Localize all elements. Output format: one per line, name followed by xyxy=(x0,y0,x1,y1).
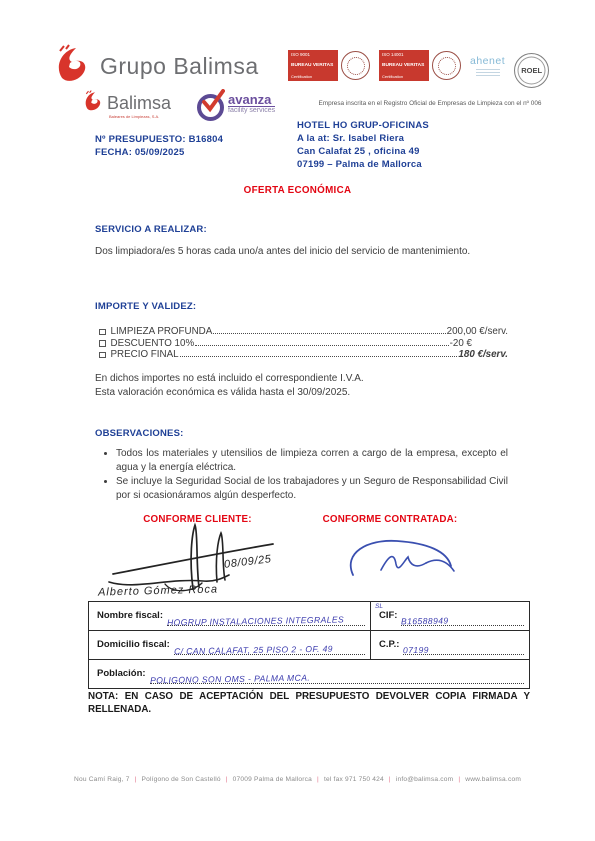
recipient-street: Can Calafat 25 , oficina 49 xyxy=(297,145,429,158)
poblacion-handwritten: POLIGONO SON OMS - PALMA MCA. xyxy=(149,673,309,686)
price-label: DESCUENTO 10% xyxy=(111,338,195,350)
contractor-signature xyxy=(335,535,465,590)
price-label: LIMPIEZA PROFUNDA xyxy=(111,326,213,338)
client-signature-date: 08/09/25 xyxy=(223,553,272,571)
avanza-tagline: facility services xyxy=(228,107,275,114)
footer-separator: | xyxy=(130,776,142,783)
nombre-fiscal-handwritten: HOGRUP INSTALACIONES INTEGRALES xyxy=(167,614,344,627)
balimsa-swoosh-icon xyxy=(56,44,92,89)
dotted-leader xyxy=(213,333,445,334)
grupo-balimsa-logo: Grupo Balimsa xyxy=(56,44,259,89)
recipient-company: HOTEL HO GRUP-OFICINAS xyxy=(297,119,429,132)
validity-note: Esta valoración económica es válida hast… xyxy=(95,386,507,400)
iso-9001-label: ISO 9001 xyxy=(291,52,335,57)
poblacion-cell: Población: POLIGONO SON OMS - PALMA MCA. xyxy=(89,660,529,688)
avanza-check-icon xyxy=(197,91,223,117)
footer-email: info@balimsa.com xyxy=(396,776,454,783)
ahenet-logo: ahenet xyxy=(470,55,505,76)
bureau-veritas-seal-icon xyxy=(341,51,370,80)
poblacion-label: Población: xyxy=(97,668,146,679)
balimsa-logo: Balimsa Baleares de Limpiezas, S.A. xyxy=(84,90,171,117)
observacion-item: Todos los materiales y utensilios de lim… xyxy=(116,447,508,474)
square-bullet-icon xyxy=(99,352,106,359)
footer-website: www.balimsa.com xyxy=(465,776,521,783)
bureau-veritas-label: BUREAU VERITAS xyxy=(291,63,335,68)
avanza-logo: avanza facility services xyxy=(197,91,275,117)
servicio-heading: SERVICIO A REALIZAR: xyxy=(95,224,207,235)
bureau-veritas-seal-icon xyxy=(432,51,461,80)
nombre-fiscal-cell: Nombre fiscal: HOGRUP INSTALACIONES INTE… xyxy=(89,602,371,630)
cp-label: C.P.: xyxy=(379,639,399,650)
table-row: Población: POLIGONO SON OMS - PALMA MCA. xyxy=(89,660,529,688)
quote-document-page: Grupo Balimsa Balimsa Baleares de Limpie… xyxy=(0,0,595,841)
nombre-fiscal-label: Nombre fiscal: xyxy=(97,610,163,621)
conforme-cliente-heading: CONFORME CLIENTE: xyxy=(115,514,280,525)
avanza-wordmark: avanza xyxy=(228,93,275,107)
certification-badges: ISO 9001 BUREAU VERITAS Certification IS… xyxy=(288,50,549,88)
importe-heading: IMPORTE Y VALIDEZ: xyxy=(95,301,196,312)
balimsa-tagline: Baleares de Limpiezas, S.A. xyxy=(109,114,159,119)
footer-city: 07009 Palma de Mallorca xyxy=(233,776,312,783)
footer-contact-line: Nou Camí Raig, 7|Polígono de Son Castell… xyxy=(0,776,595,783)
document-title: OFERTA ECONÓMICA xyxy=(0,185,595,196)
iso-14001-badge: ISO 14001 BUREAU VERITAS Certification xyxy=(379,50,461,81)
cif-label: CIF: xyxy=(379,610,397,621)
dotted-leader xyxy=(195,345,448,346)
square-bullet-icon xyxy=(99,329,106,336)
cif-handwritten: B16588949 xyxy=(401,616,449,627)
ahenet-wordmark: ahenet xyxy=(470,55,505,67)
price-label: PRECIO FINAL xyxy=(111,349,179,361)
iso-9001-badge: ISO 9001 BUREAU VERITAS Certification xyxy=(288,50,370,81)
recipient-attention: A la at: Sr. Isabel Riera xyxy=(297,132,429,145)
footer-district: Polígono de Son Castelló xyxy=(142,776,221,783)
footer-phone: tel fax 971 750 424 xyxy=(324,776,384,783)
iso-14001-label: ISO 14001 xyxy=(382,52,426,57)
footer-separator: | xyxy=(453,776,465,783)
balimsa-swoosh-icon xyxy=(84,90,104,117)
cp-handwritten: 07199 xyxy=(403,645,429,655)
balimsa-wordmark: Balimsa xyxy=(107,93,171,113)
recipient-city: 07199 – Palma de Mallorca xyxy=(297,158,429,171)
price-value: 200,00 €/serv. xyxy=(447,326,508,338)
domicilio-handwritten: C/ CAN CALAFAT, 25 PISO 2 - OF. 49 xyxy=(174,644,333,657)
quote-number: Nº PRESUPUESTO: B16804 xyxy=(95,133,223,146)
price-value-final: 180 €/serv. xyxy=(458,349,508,361)
fiscal-data-table: Nombre fiscal: HOGRUP INSTALACIONES INTE… xyxy=(88,601,530,689)
footer-separator: | xyxy=(312,776,324,783)
registry-note: Empresa inscrita en el Registro Oficial … xyxy=(296,100,564,107)
recipient-address: HOTEL HO GRUP-OFICINAS A la at: Sr. Isab… xyxy=(297,119,429,171)
price-value: -20 € xyxy=(450,338,472,350)
table-row: Domicilio fiscal: C/ CAN CALAFAT, 25 PIS… xyxy=(89,631,529,660)
domicilio-cell: Domicilio fiscal: C/ CAN CALAFAT, 25 PIS… xyxy=(89,631,371,659)
observacion-item: Se incluye la Seguridad Social de los tr… xyxy=(116,475,508,502)
footer-separator: | xyxy=(221,776,233,783)
observaciones-heading: OBSERVACIONES: xyxy=(95,428,184,439)
dotted-leader xyxy=(180,356,458,357)
conforme-contratada-heading: CONFORME CONTRATADA: xyxy=(300,514,480,525)
sl-handwritten: SL xyxy=(375,603,383,610)
footer-separator: | xyxy=(384,776,396,783)
domicilio-label: Domicilio fiscal: xyxy=(97,639,170,650)
table-row: Nombre fiscal: HOGRUP INSTALACIONES INTE… xyxy=(89,602,529,631)
footer-address: Nou Camí Raig, 7 xyxy=(74,776,130,783)
quote-meta: Nº PRESUPUESTO: B16804 FECHA: 05/09/2025 xyxy=(95,133,223,159)
iva-note: En dichos importes no está incluido el c… xyxy=(95,372,507,386)
certification-label: Certification xyxy=(291,74,335,79)
bureau-veritas-label: BUREAU VERITAS xyxy=(382,63,426,68)
price-row-final: PRECIO FINAL 180 €/serv. xyxy=(99,349,508,361)
quote-date: FECHA: 05/09/2025 xyxy=(95,146,223,159)
roel-label: ROEL xyxy=(521,66,542,75)
price-list: LIMPIEZA PROFUNDA 200,00 €/serv. DESCUEN… xyxy=(99,326,508,361)
acceptance-note: NOTA: EN CASO DE ACEPTACIÓN DEL PRESUPUE… xyxy=(88,691,530,716)
observaciones-list: Todos los materiales y utensilios de lim… xyxy=(99,447,508,503)
price-row-limpieza: LIMPIEZA PROFUNDA 200,00 €/serv. xyxy=(99,326,508,338)
sub-brand-logos: Balimsa Baleares de Limpiezas, S.A. avan… xyxy=(84,90,275,117)
certification-label: Certification xyxy=(382,74,426,79)
square-bullet-icon xyxy=(99,340,106,347)
cp-cell: C.P.: 07199 xyxy=(371,631,529,659)
importe-notes: En dichos importes no está incluido el c… xyxy=(95,372,507,399)
client-signature-name: Alberto Gómez Roca xyxy=(98,583,218,598)
cif-cell: SL CIF: B16588949 xyxy=(371,602,529,630)
servicio-body: Dos limpiadora/es 5 horas cada uno/a ant… xyxy=(95,245,507,259)
grupo-balimsa-wordmark: Grupo Balimsa xyxy=(100,53,259,80)
roel-badge: ROEL xyxy=(514,53,549,88)
price-row-descuento: DESCUENTO 10% -20 € xyxy=(99,338,508,350)
